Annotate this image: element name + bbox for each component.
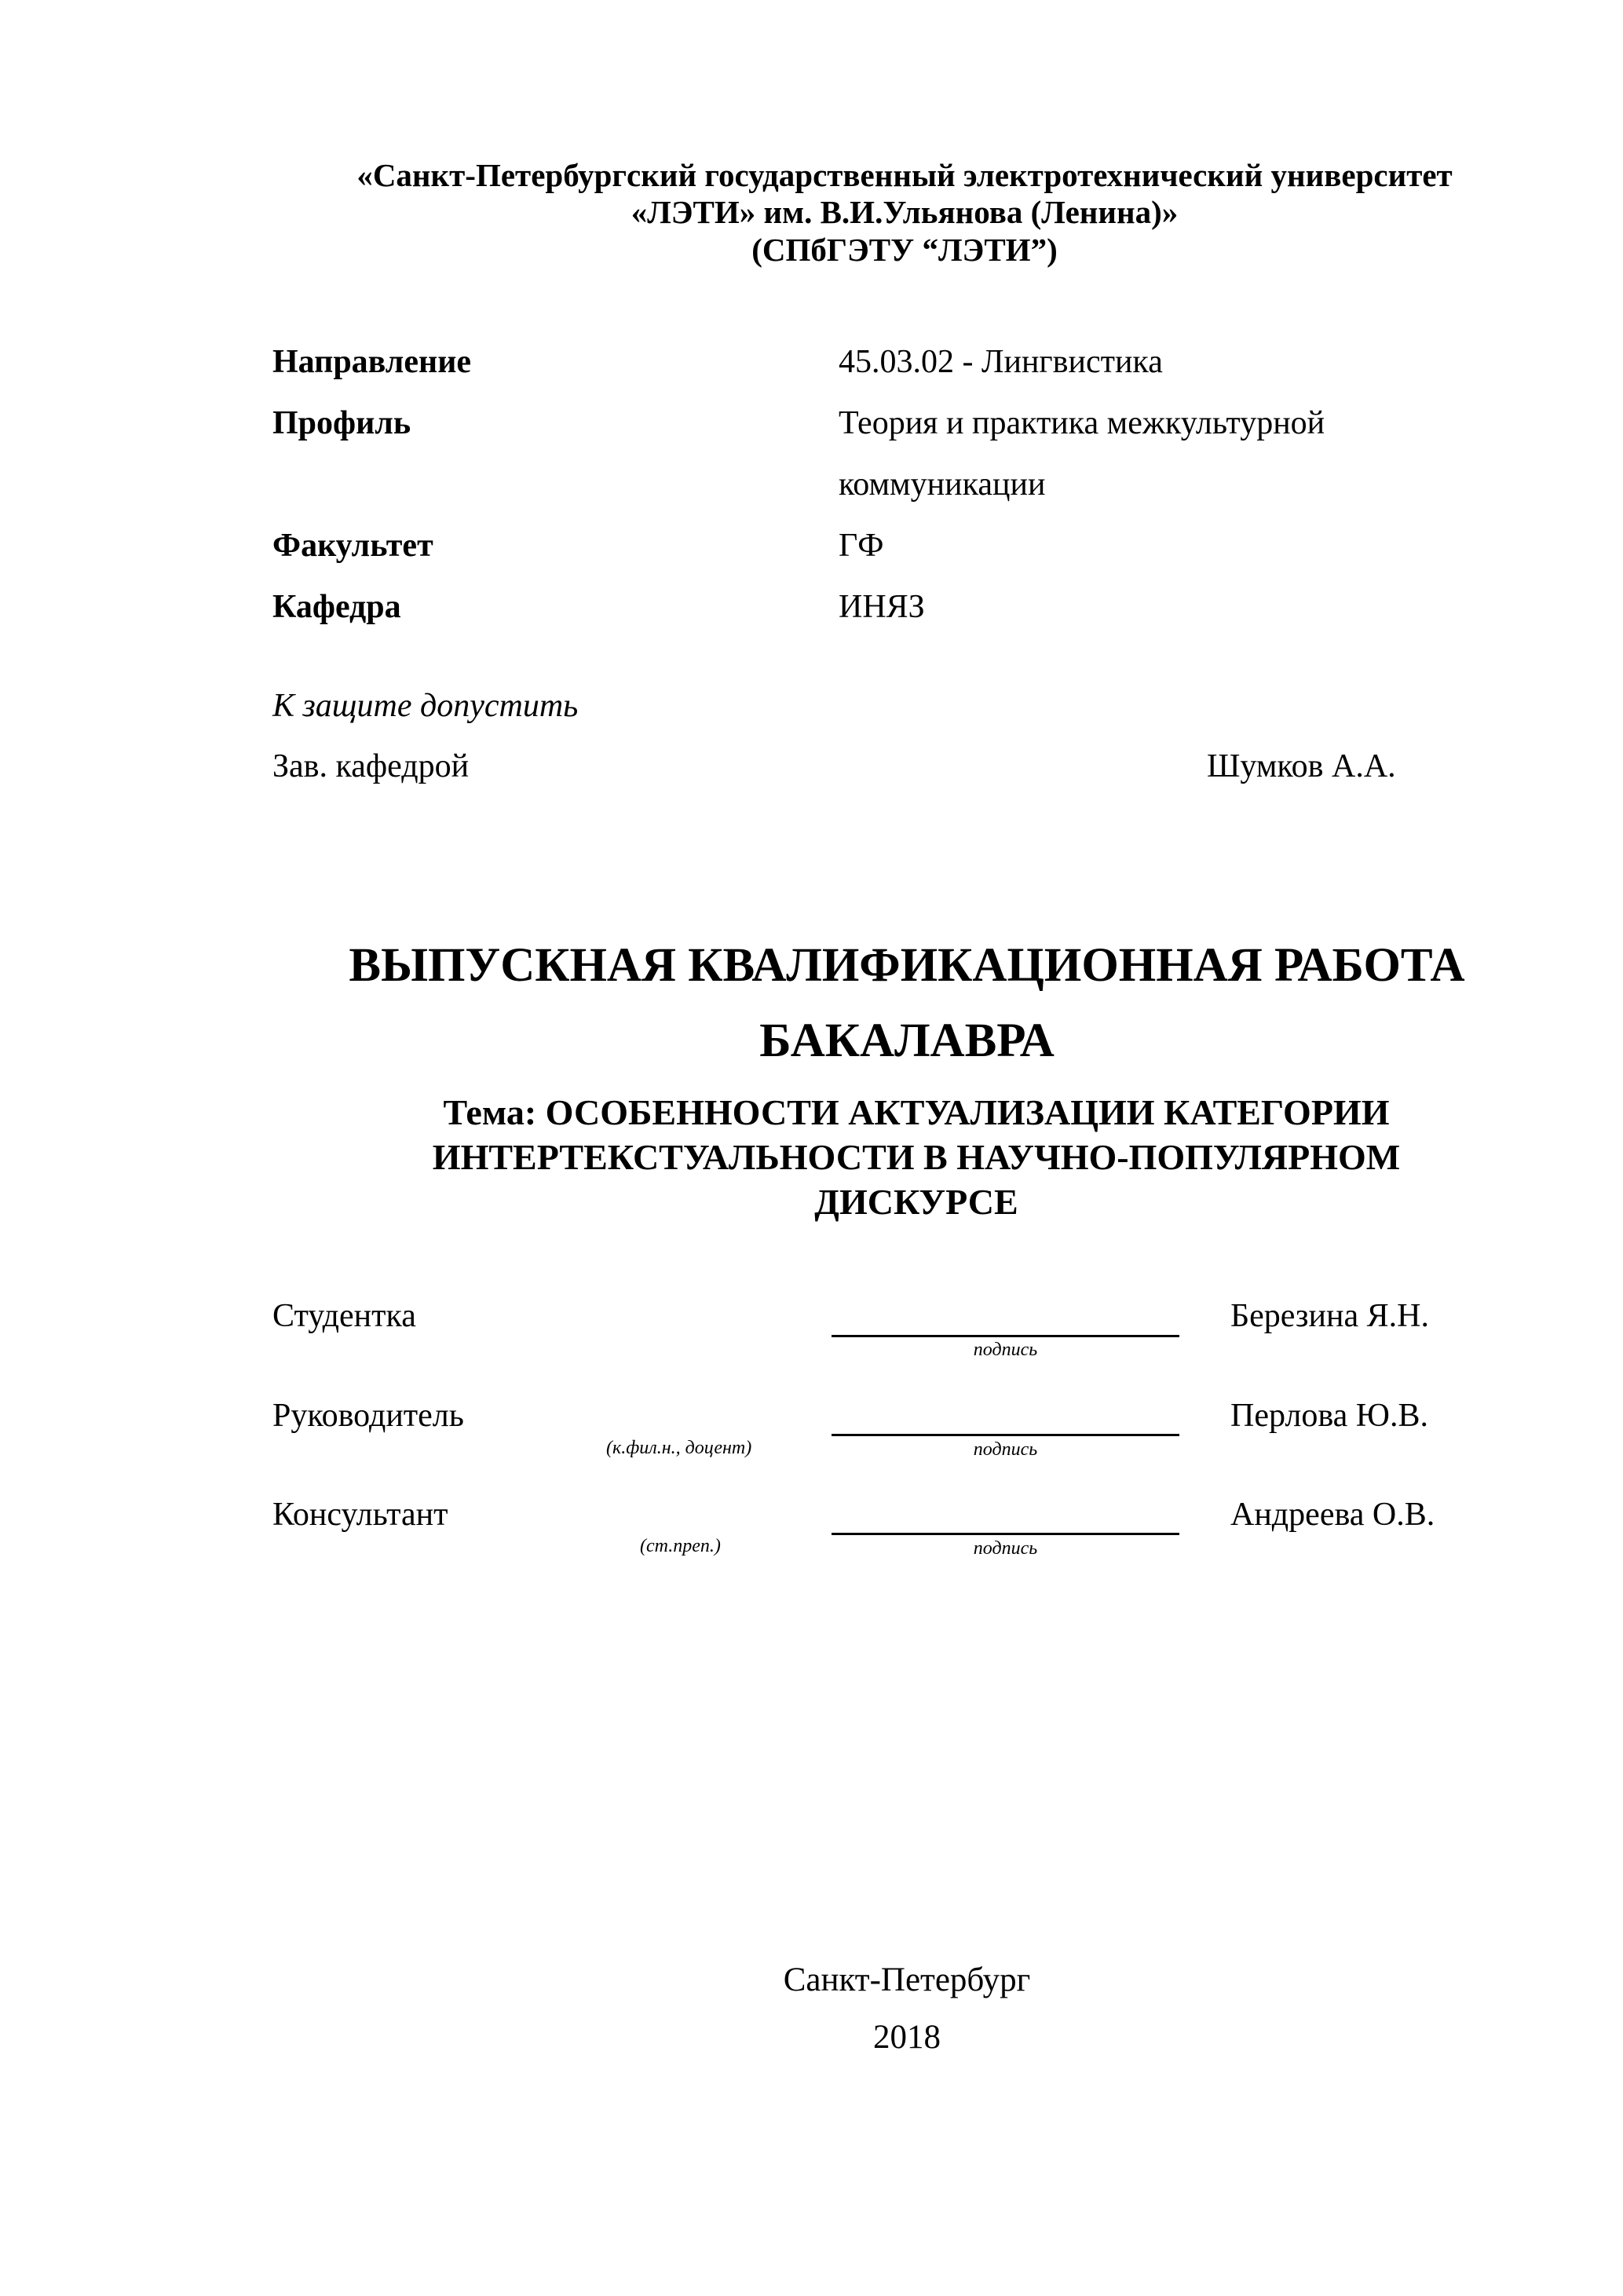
signature-role-consultant: Консультант [272,1498,448,1531]
signature-line [832,1434,1179,1436]
signature-role-supervisor: Руководитель [272,1399,464,1432]
signature-name-student: Березина Я.Н. [1230,1300,1429,1333]
signature-degree-supervisor: (к.фил.н., доцент) [606,1439,751,1457]
topic-line-3: ДИСКУРСЕ [0,1184,1623,1220]
signature-caption: подпись [832,1539,1179,1558]
university-abbreviation: (СПбГЭТУ “ЛЭТИ”) [0,234,1623,266]
info-label-department: Кафедра [272,590,401,623]
info-value-department: ИНЯЗ [839,590,925,623]
university-name-line-2: «ЛЭТИ» им. В.И.Ульянова (Ленина)» [0,196,1623,229]
signature-name-consultant: Андреева О.В. [1230,1498,1435,1531]
footer-year: 2018 [0,2020,1623,2054]
university-name-line-1: «Санкт-Петербургский государственный эле… [0,159,1623,192]
head-of-department-name: Шумков А.А. [1207,750,1396,783]
footer-city: Санкт-Петербург [0,1963,1623,1997]
info-label-profile: Профиль [272,407,411,440]
admission-note: К защите допустить [272,689,578,722]
signature-caption: подпись [832,1440,1179,1459]
signature-line [832,1533,1179,1535]
signature-role-student: Студентка [272,1300,416,1333]
signature-line [832,1335,1179,1337]
signature-degree-consultant: (ст.преп.) [640,1537,721,1556]
thesis-title-line-1: ВЫПУСКНАЯ КВАЛИФИКАЦИОННАЯ РАБОТА [0,941,1623,989]
signature-name-supervisor: Перлова Ю.В. [1230,1399,1428,1432]
info-value-direction: 45.03.02 - Лингвистика [839,345,1163,378]
info-label-direction: Направление [272,345,471,378]
topic-line-2: ИНТЕРТЕКСТУАЛЬНОСТИ В НАУЧНО-ПОПУЛЯРНОМ [0,1139,1623,1175]
head-of-department-label: Зав. кафедрой [272,750,469,783]
thesis-title-line-2: БАКАЛАВРА [0,1017,1623,1065]
signature-caption: подпись [832,1340,1179,1359]
info-value-profile-continued: коммуникации [839,468,1045,501]
topic-line-1: Тема: ОСОБЕННОСТИ АКТУАЛИЗАЦИИ КАТЕГОРИИ [0,1095,1623,1131]
info-value-profile: Теория и практика межкультурной [839,407,1325,440]
info-value-faculty: ГФ [839,529,883,562]
info-label-faculty: Факультет [272,529,433,562]
